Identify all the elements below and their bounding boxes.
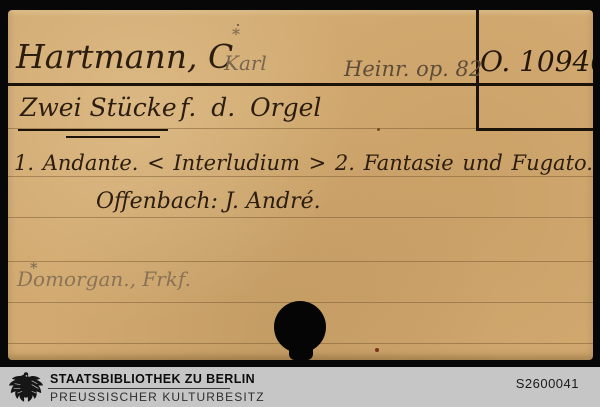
scan-id: S2600041 bbox=[516, 376, 579, 391]
scanned-catalog-card-page: Hartmann, C * Karl Heinr. op. 82 O. 1094… bbox=[0, 0, 600, 407]
ruled-line bbox=[8, 261, 593, 262]
paper-speck bbox=[237, 24, 239, 26]
title-double-underline bbox=[66, 136, 160, 138]
title-underline bbox=[18, 129, 168, 131]
contents-line: 1. Andante. < Interludium > 2. Fantasie … bbox=[14, 151, 593, 175]
shelfmark-box-bottom-line bbox=[476, 128, 593, 131]
paper-speck bbox=[375, 348, 379, 352]
hole-punch-stem bbox=[289, 340, 313, 360]
library-subtitle: PREUSSISCHER KULTURBESITZ bbox=[50, 390, 265, 404]
ruled-line bbox=[8, 217, 593, 218]
shelfmark: O. 10946 bbox=[480, 46, 593, 78]
footnote-text: Domorgan., Frkf. bbox=[17, 268, 191, 291]
author-name: Hartmann, C bbox=[16, 38, 233, 76]
pencil-firstname: Karl bbox=[224, 52, 267, 75]
opus-note: Heinr. op. 82 bbox=[344, 57, 482, 81]
ruled-line bbox=[8, 176, 593, 177]
publisher-line: Offenbach: J. André. bbox=[96, 189, 321, 214]
library-name: STAATSBIBLIOTHEK ZU BERLIN bbox=[50, 372, 255, 386]
prussian-eagle-icon bbox=[7, 370, 45, 403]
title-main: Zwei Stücke bbox=[20, 94, 177, 123]
paper-speck bbox=[377, 128, 380, 131]
title-rest: f. d. Orgel bbox=[180, 94, 321, 123]
footer-bar: STAATSBIBLIOTHEK ZU BERLIN PREUSSISCHER … bbox=[0, 367, 600, 407]
library-divider-line bbox=[48, 388, 230, 389]
pencil-asterisk: * bbox=[232, 26, 240, 44]
catalog-card: Hartmann, C * Karl Heinr. op. 82 O. 1094… bbox=[8, 10, 593, 360]
header-rule-line bbox=[8, 83, 593, 86]
